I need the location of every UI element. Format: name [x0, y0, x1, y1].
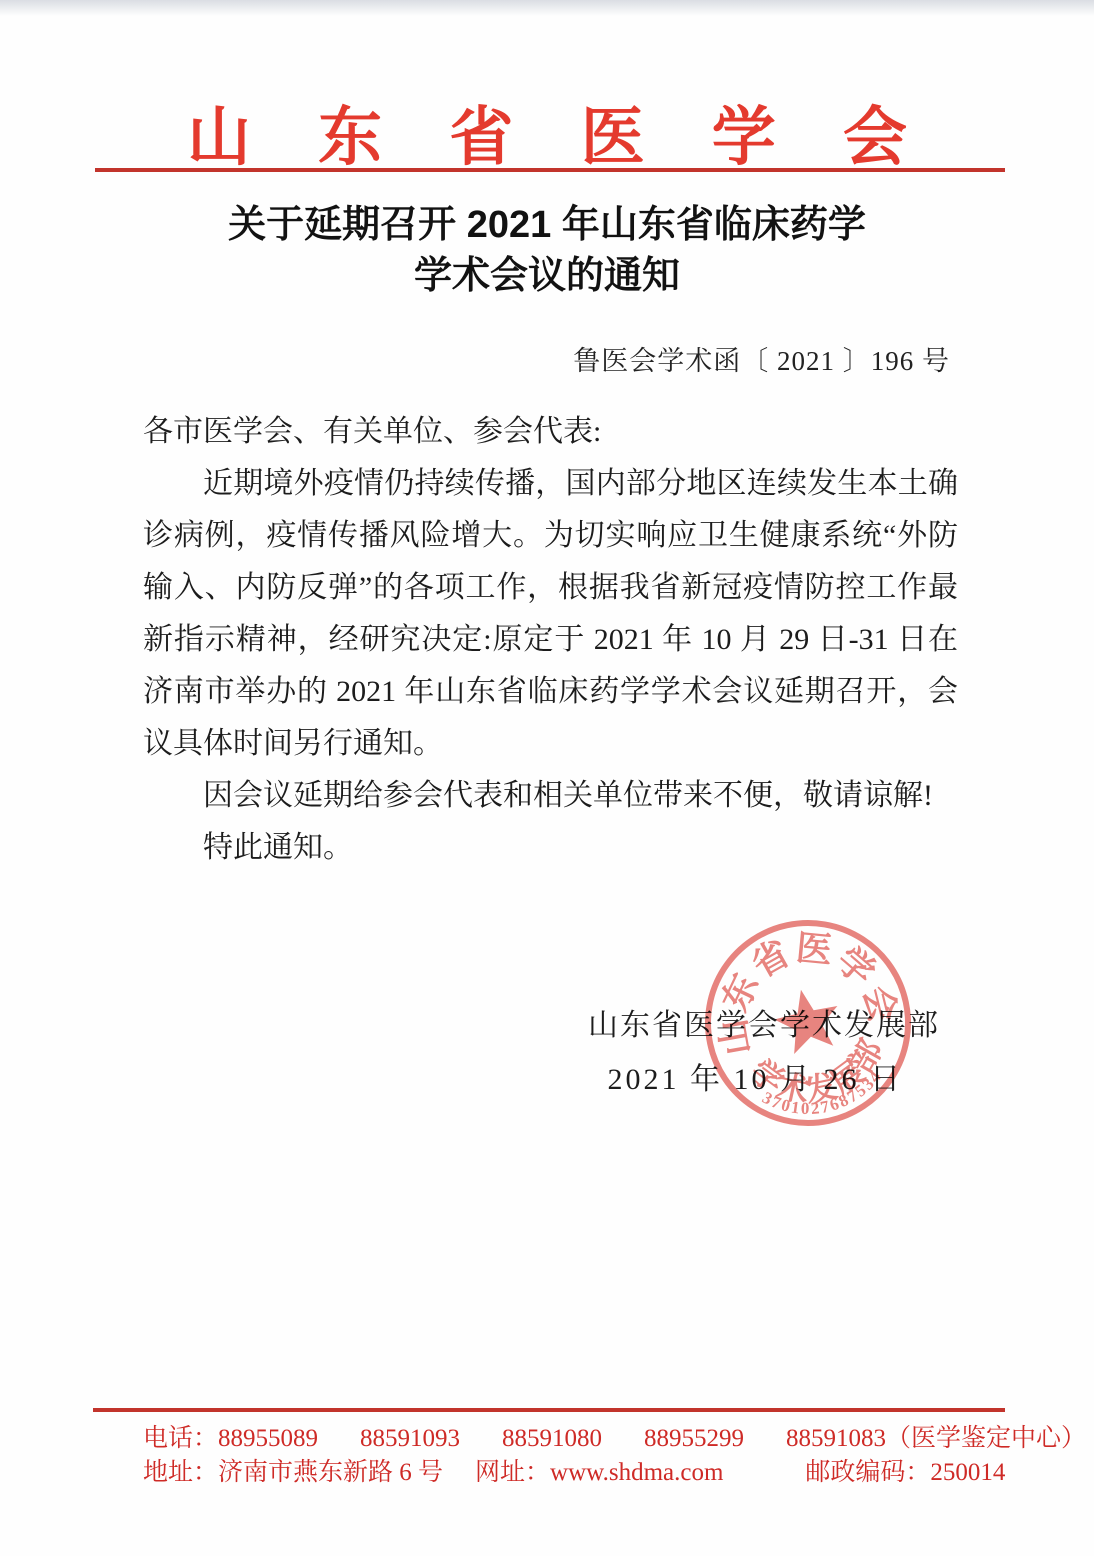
body-paragraph: 特此通知。	[143, 822, 958, 874]
postcode-value: 250014	[930, 1456, 1005, 1490]
document-title-line1: 关于延期召开 2021 年山东省临床药学	[0, 200, 1094, 251]
phone-number: 88591093	[360, 1422, 460, 1456]
document-reference-number: 鲁医会学术函〔 2021 〕196 号	[573, 339, 950, 378]
phone-label: 电话：	[143, 1422, 218, 1456]
phone-number: 88955089	[218, 1422, 318, 1456]
phone-number: 88591080	[502, 1422, 602, 1456]
footer-contact-block: 电话：88955089 88591093 88591080 88955299 8…	[143, 1422, 1023, 1490]
address-label: 地址：	[143, 1456, 218, 1490]
letter-body: 各市医学会、有关单位、参会代表: 近期境外疫情仍持续传播，国内部分地区连续发生本…	[143, 406, 958, 874]
official-stamp-seal: 山东省医学会 学术发展部 3701027687534	[668, 883, 948, 1163]
footer-phone-row: 电话：88955089 88591093 88591080 88955299 8…	[143, 1422, 1023, 1456]
body-paragraph: 因会议延期给参会代表和相关单位带来不便，敬请谅解!	[143, 770, 958, 822]
official-letter-page: 山东省医学会 关于延期召开 2021 年山东省临床药学 学术会议的通知 鲁医会学…	[0, 0, 1094, 1556]
phone-number-medical-center: 88591083（医学鉴定中心）	[786, 1422, 1086, 1456]
phone-number: 88955299	[644, 1422, 744, 1456]
body-paragraph: 近期境外疫情仍持续传播，国内部分地区连续发生本土确诊病例，疫情传播风险增大。为切…	[143, 458, 958, 770]
salutation: 各市医学会、有关单位、参会代表:	[143, 406, 958, 458]
header-divider-rule	[95, 168, 1005, 172]
postcode-label: 邮政编码：	[805, 1456, 930, 1490]
document-title: 关于延期召开 2021 年山东省临床药学 学术会议的通知	[0, 200, 1094, 302]
website-label: 网址：	[475, 1456, 550, 1490]
footer-divider-rule	[93, 1408, 1005, 1412]
stamp-star-icon	[769, 983, 845, 1057]
website-value: www.shdma.com	[550, 1456, 723, 1490]
footer-address-row: 地址：济南市燕东新路 6 号 网址：www.shdma.com 邮政编码：250…	[143, 1456, 1023, 1490]
organization-name: 山东省医学会	[0, 86, 1094, 178]
document-title-line2: 学术会议的通知	[0, 251, 1094, 302]
address-value: 济南市燕东新路 6 号	[218, 1456, 443, 1490]
